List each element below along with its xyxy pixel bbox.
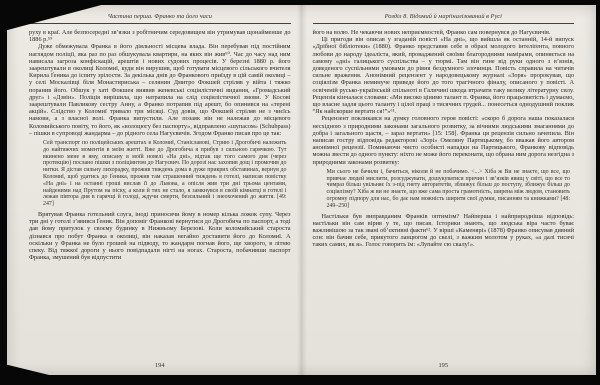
running-head-right: Розділ 8. Відомий й марґіналізований в Р… — [313, 13, 575, 24]
page-number-left: 194 — [29, 359, 291, 371]
book-scan: Частина перша. Франко та його часи руху … — [0, 0, 600, 385]
page-gutter — [297, 5, 307, 375]
page-right: Розділ 8. Відомий й марґіналізований в Р… — [301, 5, 597, 375]
page-left: Частина перша. Франко та його часи руху … — [7, 5, 301, 375]
paragraph: руху в краї. Але безпосередні зв’язки з … — [29, 29, 291, 43]
paragraph: Врятував Франка готельний слуга, іноді п… — [29, 211, 291, 261]
paragraph: Настільки був виправданим Франків оптимі… — [313, 213, 575, 249]
paragraph: Дуже обмежувала Франка в його діяльності… — [29, 43, 291, 137]
block-quote: Ми сього не бачили і, бачиться, ніколи й… — [327, 169, 571, 210]
page-number-right: 195 — [313, 359, 575, 371]
paragraph: Рецензент покликався на думку головного … — [313, 115, 575, 165]
running-head-left: Частина перша. Франко та його часи — [29, 13, 291, 24]
block-quote: Сей транспорт по поліцейських арештах в … — [43, 140, 287, 208]
paragraph: Ці пригоди він описав у згаданій повісті… — [313, 36, 575, 115]
open-book-spread: Частина перша. Франко та його часи руху … — [7, 5, 596, 375]
paragraph: його на волю. Не чекаючи нових неприємно… — [313, 29, 575, 36]
